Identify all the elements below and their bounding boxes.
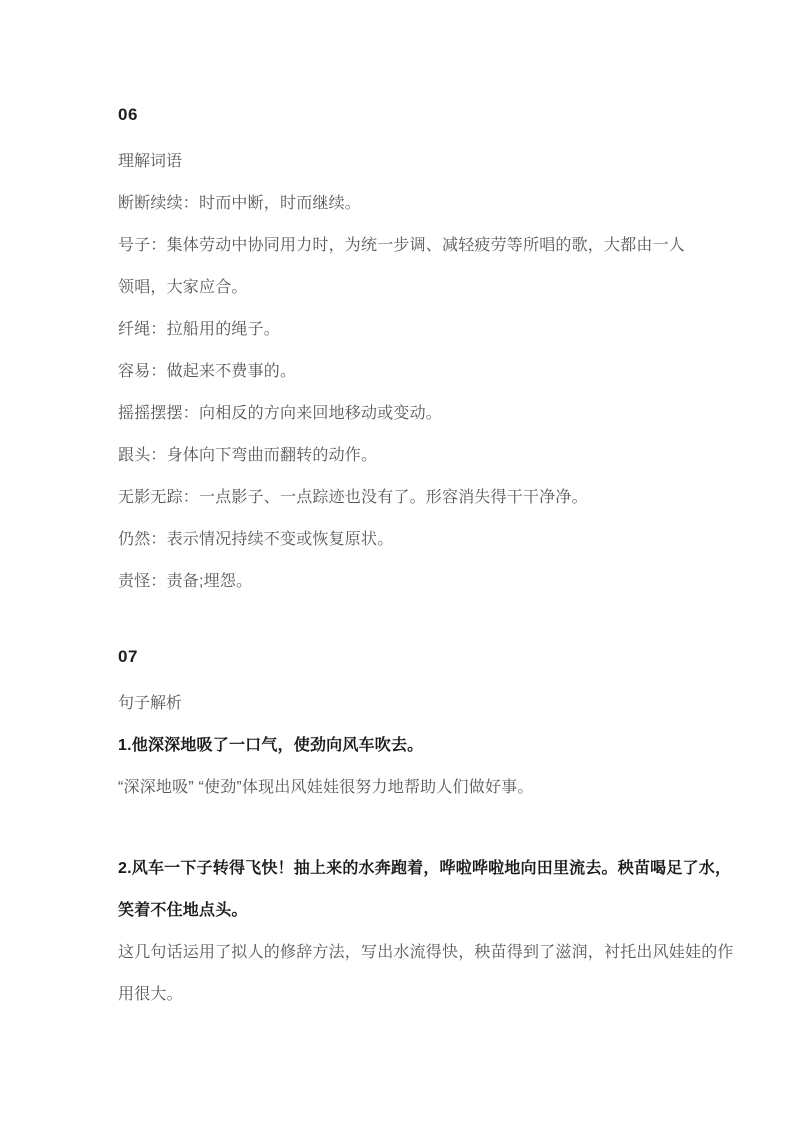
section-07: 07句子解析1.他深深地吸了一口气，使劲向风车吹去。“深深地吸” “使劲”体现出… <box>118 636 682 1016</box>
sentence-block: 2.风车一下子转得飞快！抽上来的水奔跑着，哗啦哗啦地向田里流去。秧苗喝足了水，笑… <box>118 848 682 932</box>
definition-block: 无影无踪：一点影子、一点踪迹也没有了。形容消失得干干净净。 <box>118 477 682 519</box>
text-line: “深深地吸” “使劲”体现出风娃娃很努力地帮助人们做好事。 <box>118 767 682 809</box>
text-line: 2.风车一下子转得飞快！抽上来的水奔跑着，哗啦哗啦地向田里流去。秧苗喝足了水， <box>118 848 682 890</box>
definition-block: 责怪：责备;埋怨。 <box>118 561 682 603</box>
sentence-block: 1.他深深地吸了一口气，使劲向风车吹去。 <box>118 725 682 767</box>
text-line: 笑着不住地点头。 <box>118 890 682 932</box>
text-line: 责怪：责备;埋怨。 <box>118 561 682 603</box>
definition-block: 号子：集体劳动中协同用力时，为统一步调、减轻疲劳等所唱的歌，大都由一人领唱，大家… <box>118 225 682 309</box>
definition-block: “深深地吸” “使劲”体现出风娃娃很努力地帮助人们做好事。 <box>118 767 682 809</box>
text-line: 用很大。 <box>118 974 682 1016</box>
text-line: 号子：集体劳动中协同用力时，为统一步调、减轻疲劳等所唱的歌，大都由一人 <box>118 225 682 267</box>
section-number: 07 <box>118 636 682 678</box>
text-line: 领唱，大家应合。 <box>118 267 682 309</box>
definition-block: 摇摇摆摆：向相反的方向来回地移动或变动。 <box>118 393 682 435</box>
text-line: 跟头：身体向下弯曲而翻转的动作。 <box>118 435 682 477</box>
text-line: 摇摇摆摆：向相反的方向来回地移动或变动。 <box>118 393 682 435</box>
text-line: 仍然：表示情况持续不变或恢复原状。 <box>118 519 682 561</box>
text-line: 断断续续：时而中断，时而继续。 <box>118 183 682 225</box>
text-line: 纤绳：拉船用的绳子。 <box>118 309 682 351</box>
text-line: 容易：做起来不费事的。 <box>118 351 682 393</box>
definition-block: 这几句话运用了拟人的修辞方法，写出水流得快，秧苗得到了滋润，衬托出风娃娃的作用很… <box>118 932 682 1016</box>
definition-block: 容易：做起来不费事的。 <box>118 351 682 393</box>
definition-block: 纤绳：拉船用的绳子。 <box>118 309 682 351</box>
definition-block: 仍然：表示情况持续不变或恢复原状。 <box>118 519 682 561</box>
section-06: 06理解词语断断续续：时而中断，时而继续。号子：集体劳动中协同用力时，为统一步调… <box>118 94 682 603</box>
section-title: 理解词语 <box>118 141 682 183</box>
definition-block: 跟头：身体向下弯曲而翻转的动作。 <box>118 435 682 477</box>
section-number: 06 <box>118 94 682 136</box>
definition-block: 断断续续：时而中断，时而继续。 <box>118 183 682 225</box>
text-line: 无影无踪：一点影子、一点踪迹也没有了。形容消失得干干净净。 <box>118 477 682 519</box>
document-page: 06理解词语断断续续：时而中断，时而继续。号子：集体劳动中协同用力时，为统一步调… <box>0 0 793 1122</box>
text-line: 1.他深深地吸了一口气，使劲向风车吹去。 <box>118 725 682 767</box>
content-column: 06理解词语断断续续：时而中断，时而继续。号子：集体劳动中协同用力时，为统一步调… <box>118 0 682 1016</box>
text-line: 这几句话运用了拟人的修辞方法，写出水流得快，秧苗得到了滋润，衬托出风娃娃的作 <box>118 932 682 974</box>
section-title: 句子解析 <box>118 683 682 725</box>
